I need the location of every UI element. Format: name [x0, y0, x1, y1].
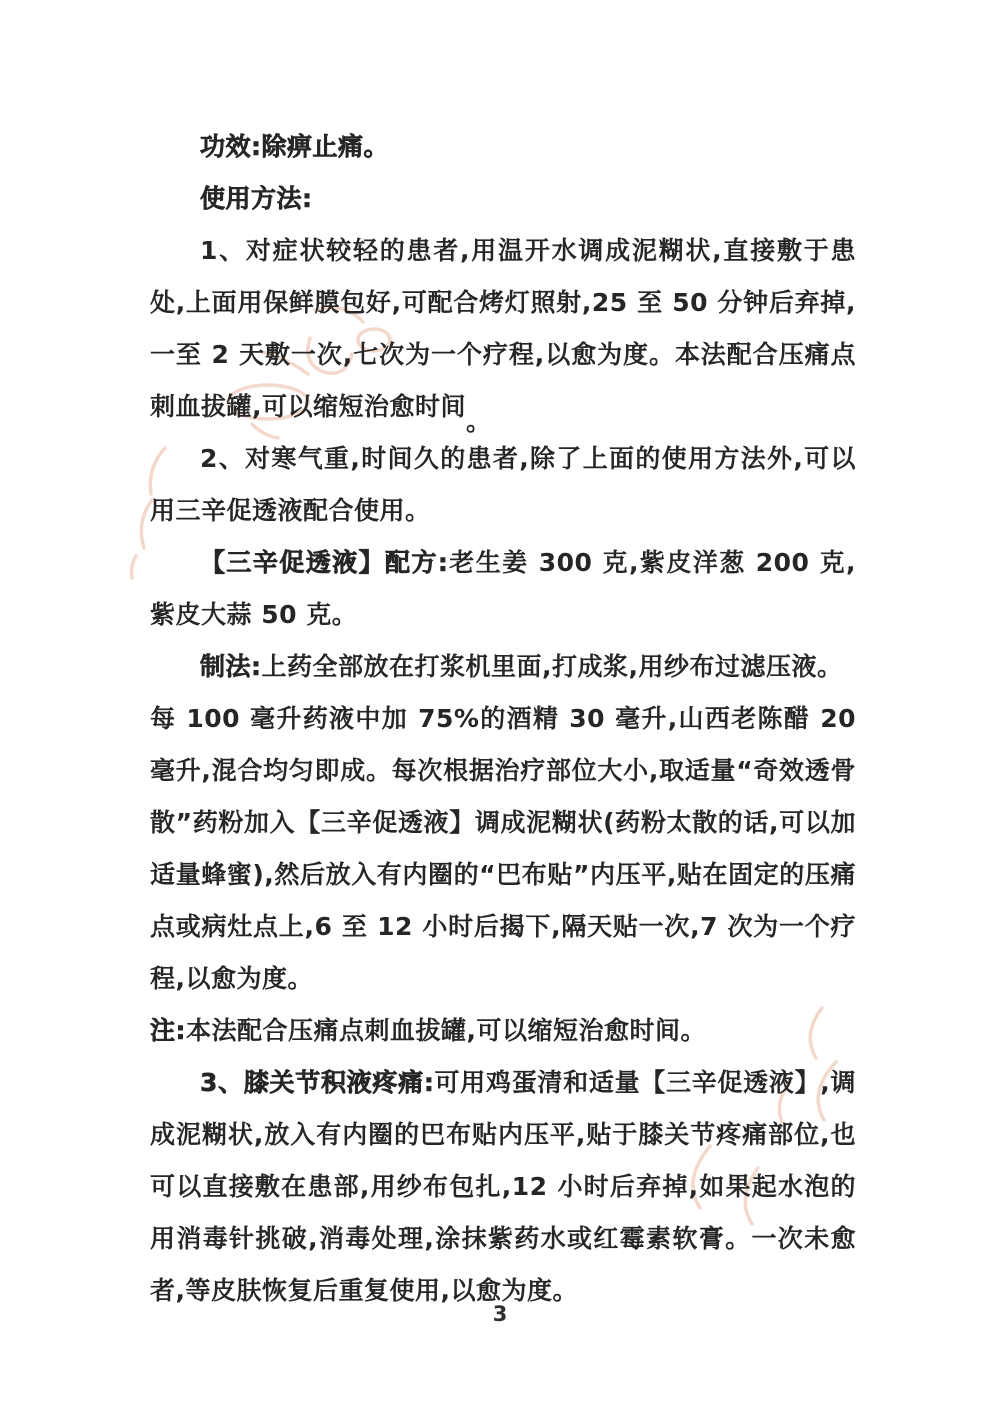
stamp-mark: [132, 556, 137, 578]
text-segment: 1、对症状较轻的患者,用温开水调成泥糊状,直接敷于患处,上面用保鲜膜包好,可配合…: [150, 236, 856, 421]
text-segment: 制法:: [200, 652, 262, 681]
text-segment: 本法配合压痛点刺血拔罐,可以缩短治愈时间。: [186, 1016, 706, 1045]
text-segment: 上药全部放在打浆机里面,打成浆,用纱布过滤压液。: [262, 652, 843, 681]
page-footer: 3: [0, 1296, 1000, 1332]
paragraph-9: 3、膝关节积液疼痛:可用鸡蛋清和适量【三辛促透液】,调成泥糊状,放入有内圈的巴布…: [150, 1057, 856, 1317]
paragraph-4: 2、对寒气重,时间久的患者,除了上面的使用方法外,可以用三辛促透液配合使用。: [150, 433, 856, 537]
page-number: 3: [493, 1302, 508, 1326]
paragraph-5: 【三辛促透液】配方:老生姜 300 克,紫皮洋葱 200 克,紫皮大蒜 50 克…: [150, 537, 856, 641]
text-segment: 注:: [150, 1016, 186, 1045]
text-segment: 2、对寒气重,时间久的患者,除了上面的使用方法外,可以用三辛促透液配合使用。: [150, 444, 856, 525]
document-body: 功效:除痹止痛。使用方法:1、对症状较轻的患者,用温开水调成泥糊状,直接敷于患处…: [150, 121, 856, 1317]
text-segment: 使用方法:: [200, 184, 313, 213]
document-page: 功效:除痹止痛。使用方法:1、对症状较轻的患者,用温开水调成泥糊状,直接敷于患处…: [0, 0, 1000, 1414]
text-segment: 【三辛促透液】配方:: [200, 548, 448, 577]
paragraph-8: 注:本法配合压痛点刺血拔罐,可以缩短治愈时间。: [150, 1005, 856, 1057]
text-segment: 每 100 毫升药液中加 75%的酒精 30 毫升,山西老陈醋 20 毫升,混合…: [150, 704, 856, 993]
paragraph-6: 制法:上药全部放在打浆机里面,打成浆,用纱布过滤压液。: [150, 641, 856, 693]
paragraph-3: 1、对症状较轻的患者,用温开水调成泥糊状,直接敷于患处,上面用保鲜膜包好,可配合…: [150, 225, 856, 433]
paragraph-2: 使用方法:: [150, 173, 856, 225]
text-segment: 功效:除痹止痛。: [200, 132, 389, 161]
paragraph-1: 功效:除痹止痛。: [150, 121, 856, 173]
text-segment: 。: [466, 407, 492, 436]
paragraph-7: 每 100 毫升药液中加 75%的酒精 30 毫升,山西老陈醋 20 毫升,混合…: [150, 693, 856, 1005]
text-segment: 3、膝关节积液疼痛:: [200, 1068, 434, 1097]
text-segment: 可用鸡蛋清和适量【三辛促透液】,调成泥糊状,放入有内圈的巴布贴内压平,贴于膝关节…: [150, 1068, 856, 1305]
